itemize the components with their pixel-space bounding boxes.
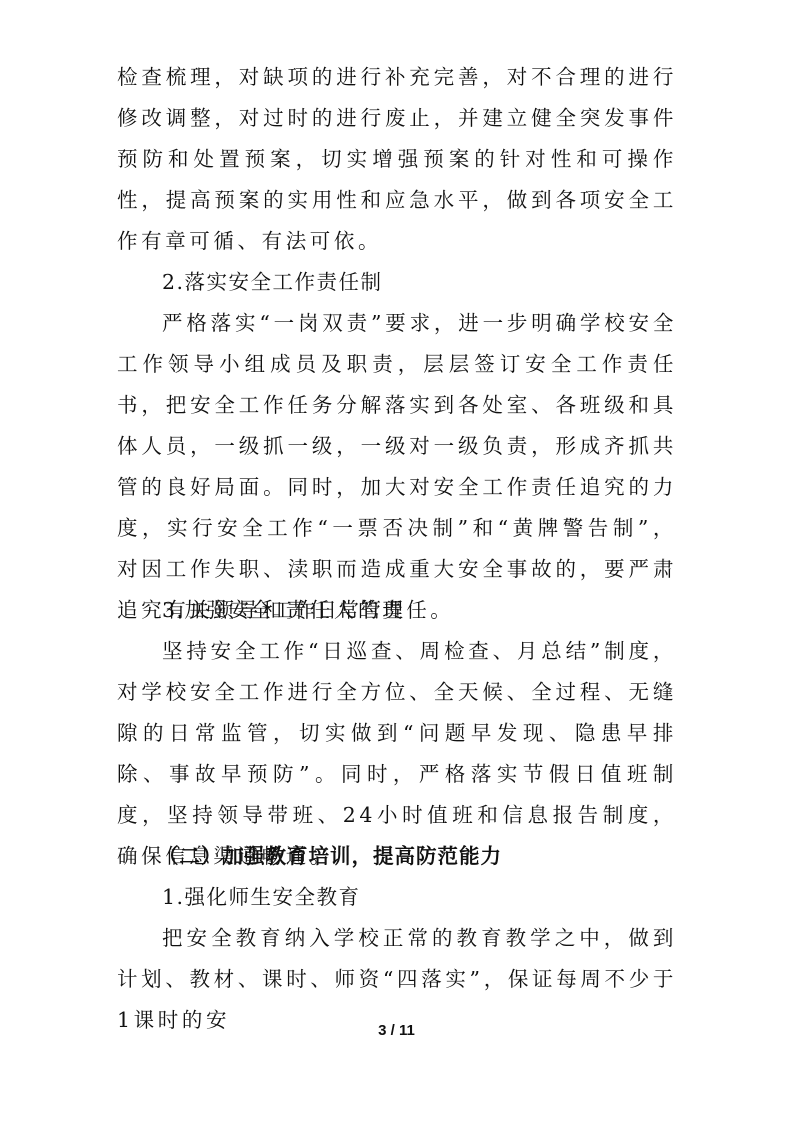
paragraph-responsibility: 严格落实“一岗双责”要求，进一步明确学校安全工作领导小组成员及职责，层层签订安全…	[117, 303, 677, 631]
heading-responsibility-system: 2.落实安全工作责任制	[162, 262, 383, 303]
section-heading-education-training: （二）加强教育培训，提高防范能力	[158, 836, 502, 877]
document-page: 检查梳理，对缺项的进行补充完善，对不合理的进行修改调整，对过时的进行废止，并建立…	[0, 0, 793, 1122]
heading-safety-education: 1.强化师生安全教育	[162, 877, 361, 918]
paragraph-plan-review: 检查梳理，对缺项的进行补充完善，对不合理的进行修改调整，对过时的进行废止，并建立…	[117, 57, 677, 262]
page-number: 3 / 11	[0, 1022, 793, 1039]
heading-daily-management: 3.加强安全工作日常管理	[162, 590, 405, 631]
